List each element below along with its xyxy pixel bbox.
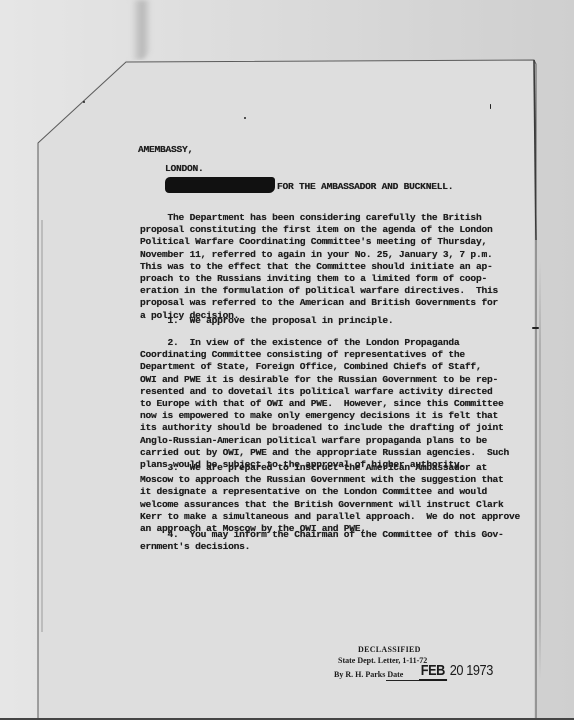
redaction-block: [165, 177, 275, 193]
stamp-date-month: FEB: [419, 662, 447, 681]
right-margin-fold-line: [539, 260, 541, 680]
stamp-date-underline: [386, 680, 420, 681]
margin-speck: [244, 117, 246, 119]
margin-mark: [532, 327, 539, 329]
address-line-1: AMEMBASSY,: [138, 144, 193, 156]
declassified-stamp-by: By R. H. Parks Date: [334, 670, 403, 679]
paragraph-intro: The Department has been considering care…: [140, 212, 520, 322]
address-line-2: LONDON.: [165, 163, 204, 175]
declassified-stamp-title: DECLASSIFIED: [358, 645, 421, 654]
paragraph-4: 4. You may inform the Chairman of the Co…: [140, 529, 520, 553]
stamp-date-day-year: 20 1973: [447, 662, 493, 679]
margin-speck: [83, 101, 85, 103]
declassified-stamp-authority: State Dept. Letter, 1-11-72: [338, 656, 427, 665]
paragraph-1: 1. We approve the proposal in principle.: [140, 315, 520, 327]
declassified-stamp-date: FEB 20 1973: [419, 662, 493, 679]
underlying-sheet-fold: [130, 0, 150, 60]
paragraph-2: 2. In view of the existence of the Londo…: [140, 337, 520, 471]
margin-speck: [490, 104, 491, 109]
address-line-3: FOR THE AMBASSADOR AND BUCKNELL.: [277, 181, 453, 193]
paragraph-3: 3. We are prepared to instruct the Ameri…: [140, 462, 520, 535]
